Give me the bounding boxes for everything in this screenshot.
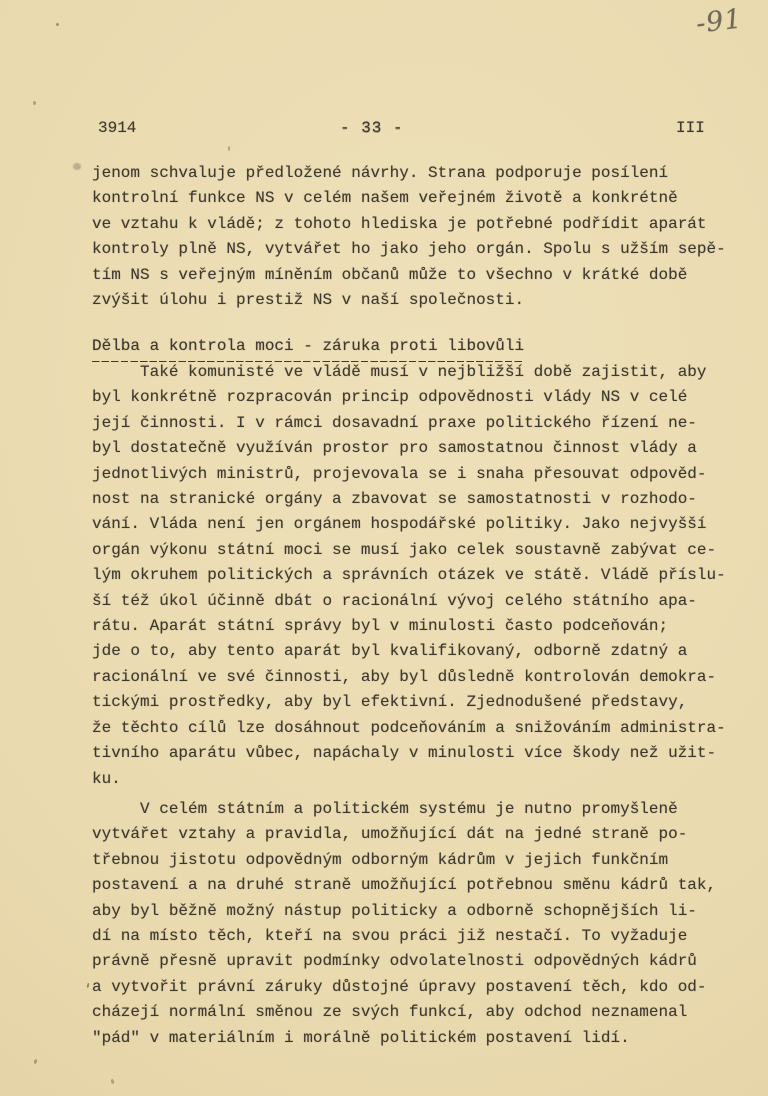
paper-speck [87, 983, 90, 988]
text-line: jde o to, aby tento aparát byl kvalifiko… [92, 639, 752, 664]
text-line: dí na místo těch, kteří na svou práci ji… [92, 924, 752, 949]
text-line: V celém státním a politickém systému je … [92, 797, 752, 822]
text-line: tivního aparátu vůbec, napáchaly v minul… [92, 741, 752, 766]
text-line: nost na stranické orgány a zbavovat se s… [92, 487, 752, 512]
text-line: že těchto cílů lze dosáhnout podceňování… [92, 716, 752, 741]
text-line: a vytvořit právní záruky důstojné úpravy… [92, 975, 752, 1000]
paper-speck [73, 163, 81, 170]
text-line: rátu. Aparát státní správy byl v minulos… [92, 614, 752, 639]
text-line: byl konkrétně rozpracován princip odpově… [92, 385, 752, 410]
text-line: vání. Vláda není jen orgánem hospodářské… [92, 512, 752, 537]
text-line: jenom schvaluje předložené návrhy. Stran… [92, 161, 752, 186]
section-heading-text: Dělba a kontrola moci - záruka proti lib… [92, 334, 524, 362]
text-line: racionální ve své činnosti, aby byl důsl… [92, 665, 752, 690]
paragraph-2: Také komunisté ve vládě musí v nejbližší… [92, 360, 752, 792]
text-line: postavení a na druhé straně umožňující p… [92, 873, 752, 898]
text-line: kontroly plně NS, vytvářet ho jako jeho … [92, 237, 752, 262]
text-line: zvýšit úlohu i prestiž NS v naší společn… [92, 288, 752, 313]
page-header: 3914 - 33 - III [0, 116, 768, 142]
text-line: třebnou jistotu odpovědným odborným kádr… [92, 848, 752, 873]
section-number: III [676, 116, 705, 141]
paragraph-1: jenom schvaluje předložené návrhy. Stran… [92, 161, 752, 313]
paper-speck [33, 101, 36, 105]
text-line: právně přesně upravit podmínky odvolatel… [92, 949, 752, 974]
text-line: jednotlivých ministrů, projevovala se i … [92, 462, 752, 487]
text-line: lým okruhem politických a správních otáz… [92, 563, 752, 588]
paper-speck [110, 1079, 114, 1085]
text-line: ve vztahu k vládě; z tohoto hlediska je … [92, 212, 752, 237]
paragraph-3: V celém státním a politickém systému je … [92, 797, 752, 1051]
paper-speck [33, 1059, 38, 1065]
text-line: aby byl běžně možný nástup politicky a o… [92, 899, 752, 924]
text-line: ku. [92, 767, 752, 792]
text-line: Také komunisté ve vládě musí v nejbližší… [92, 360, 752, 385]
text-line: "pád" v materiálním i morálně politickém… [92, 1026, 752, 1051]
document-page: -91 3914 - 33 - III jenom schvaluje před… [0, 0, 768, 1096]
text-line: ší též úkol účinně dbát o racionální výv… [92, 589, 752, 614]
paper-speck [228, 146, 230, 151]
text-line: kontrolní funkce NS v celém našem veřejn… [92, 186, 752, 211]
handwritten-page-number: -91 [694, 3, 744, 39]
text-line: tím NS s veřejným míněním občanů může to… [92, 263, 752, 288]
text-line: byl dostatečně využíván prostor pro samo… [92, 436, 752, 461]
text-line: tickými prostředky, aby byl efektivní. Z… [92, 690, 752, 715]
text-line: její činnosti. I v rámci dosavadní praxe… [92, 411, 752, 436]
text-line: vytvářet vztahy a pravidla, umožňující d… [92, 822, 752, 847]
text-line: orgán výkonu státní moci se musí jako ce… [92, 538, 752, 563]
text-line: cházejí normální směnou ze svých funkcí,… [92, 1000, 752, 1025]
section-heading: Dělba a kontrola moci - záruka proti lib… [92, 331, 524, 362]
page-number: - 33 - [340, 116, 404, 141]
document-number: 3914 [98, 116, 136, 141]
paper-speck [56, 23, 59, 26]
